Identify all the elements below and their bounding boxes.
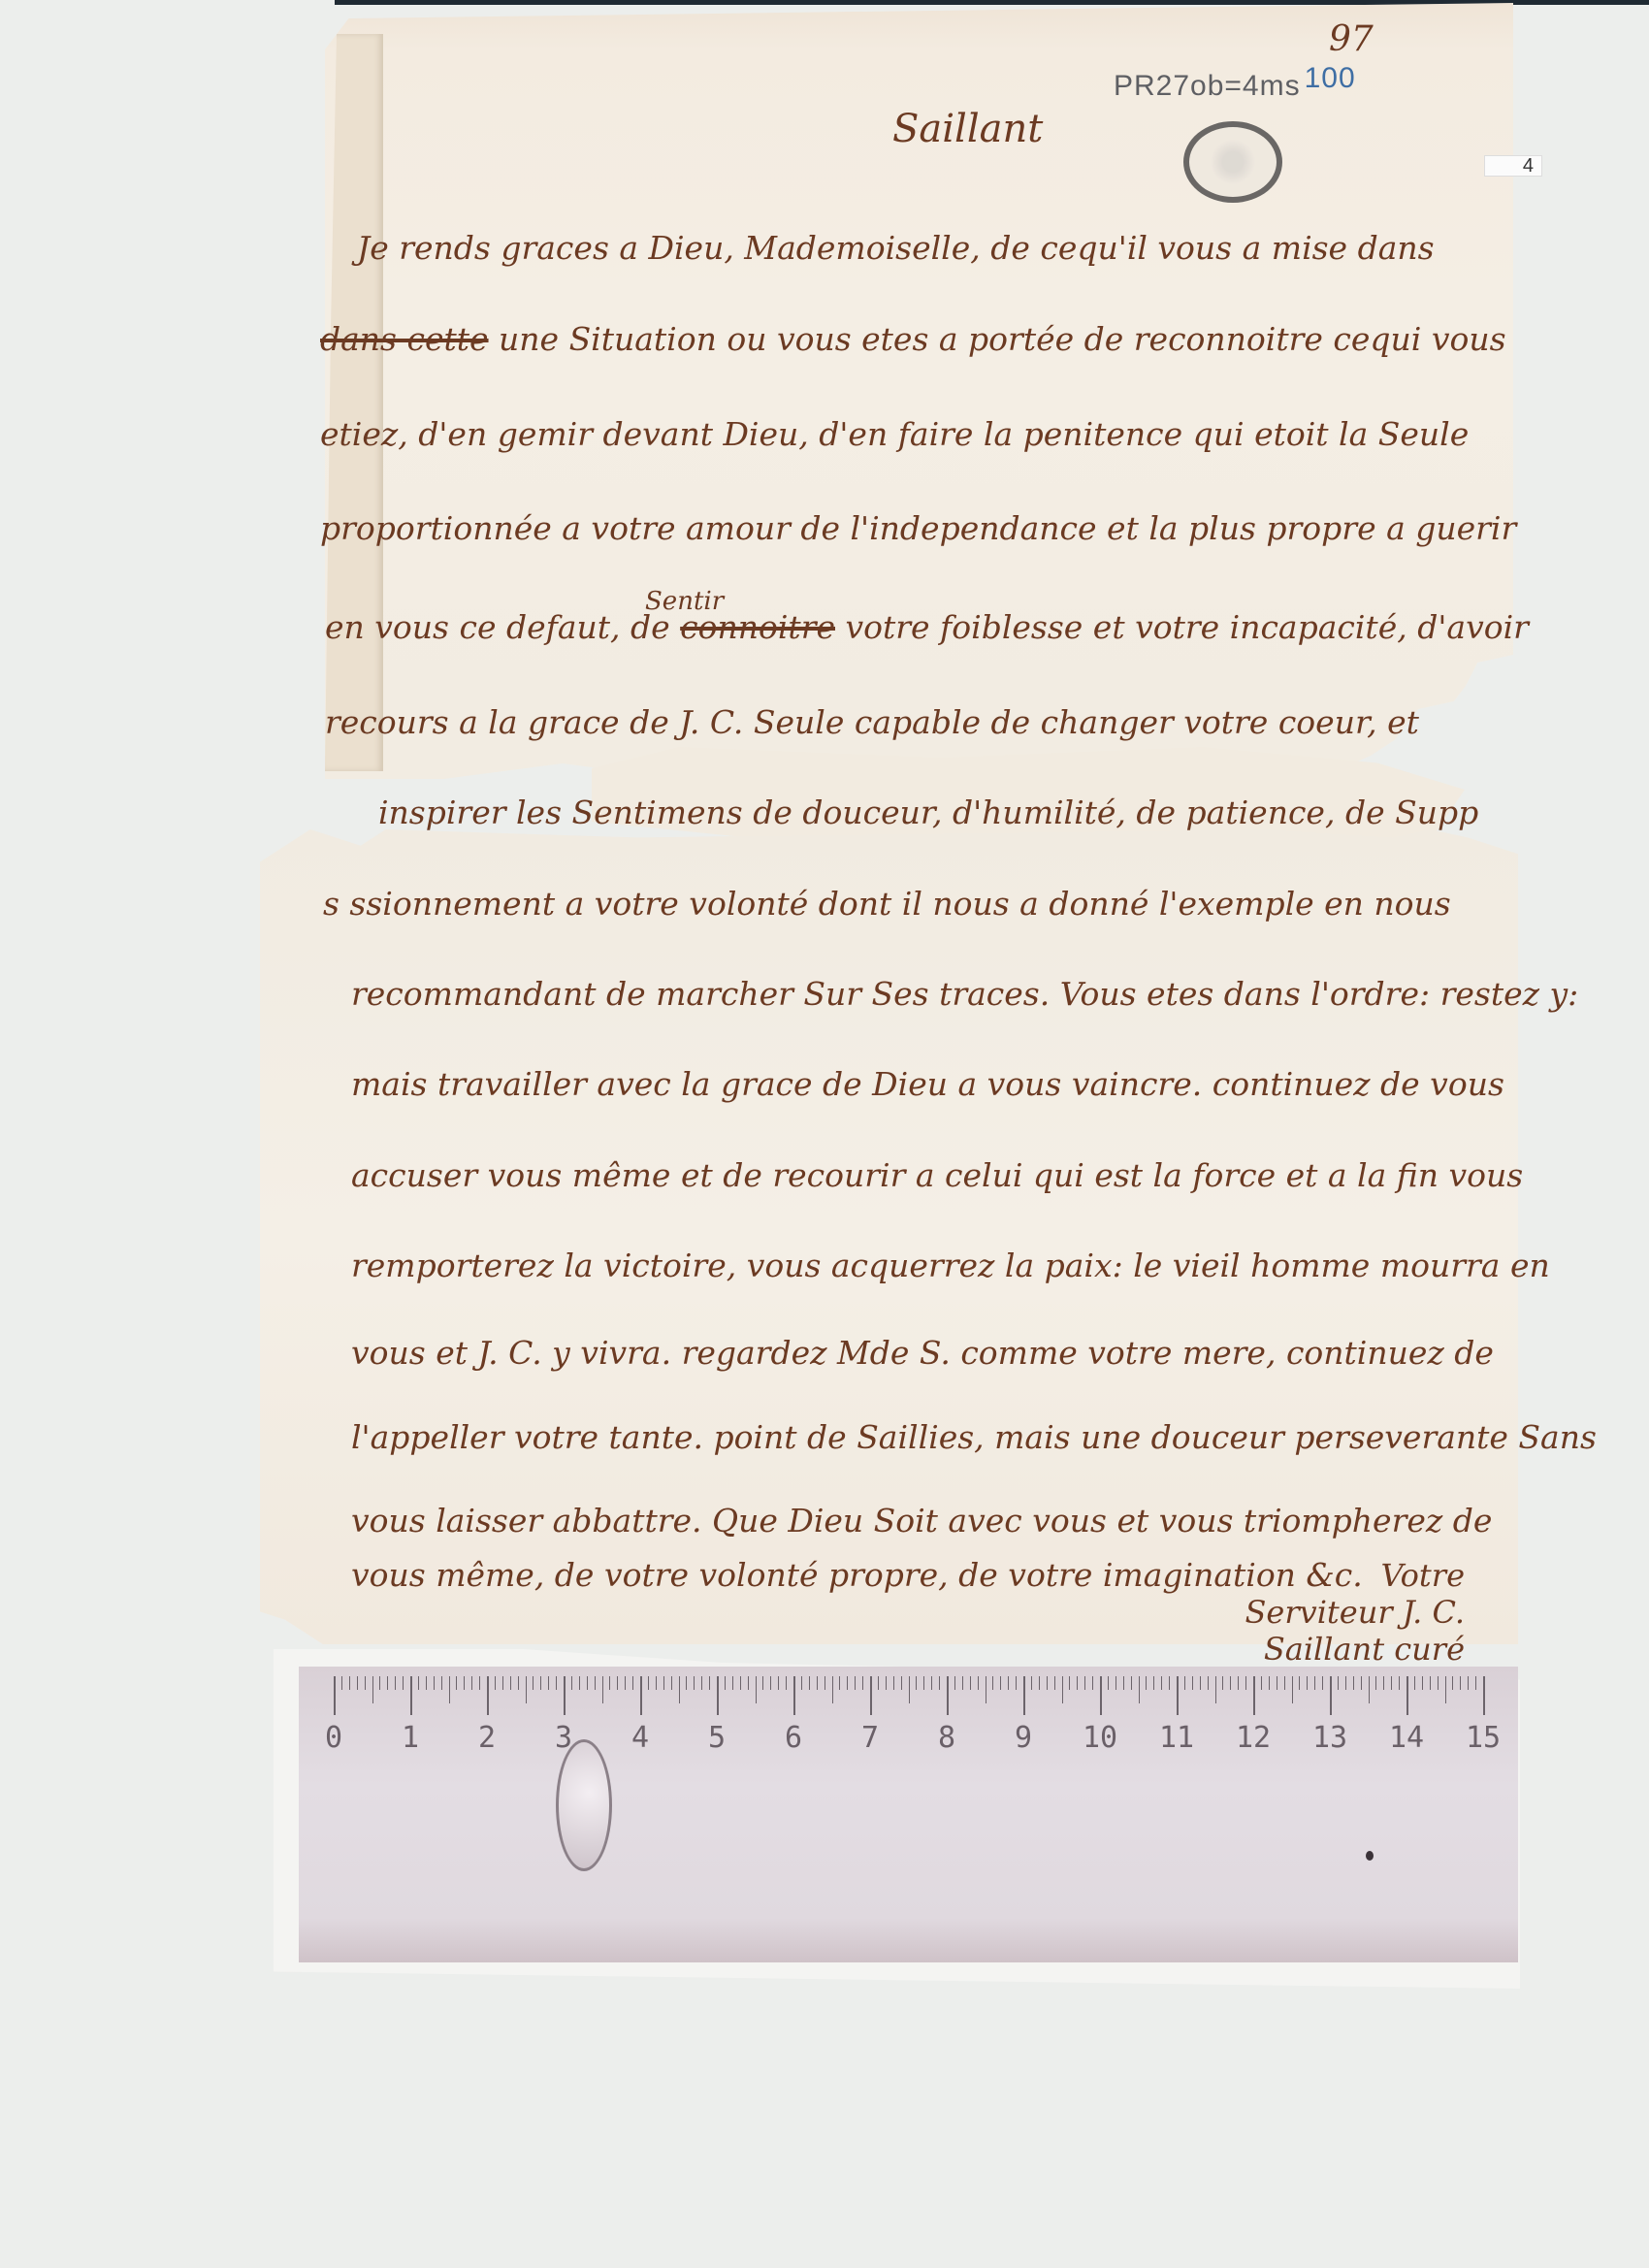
shelfmark: PR27ob=4ms100 xyxy=(1114,70,1356,103)
letter-line-9: recommandant de marcher Sur Ses traces. … xyxy=(351,975,1578,1014)
ruler-tick xyxy=(640,1676,642,1715)
ruler-tick xyxy=(403,1676,404,1690)
ruler-tick xyxy=(762,1676,763,1690)
ruler-tick xyxy=(540,1676,541,1690)
ruler-tick xyxy=(1430,1676,1431,1690)
ruler-tick xyxy=(1284,1676,1285,1690)
ruler-tick xyxy=(1269,1676,1270,1690)
ruler-mark xyxy=(1366,1851,1374,1861)
ruler-tick xyxy=(878,1676,879,1690)
ruler-tick xyxy=(1054,1676,1055,1690)
ruler-tick xyxy=(986,1676,986,1703)
ruler-tick xyxy=(1131,1676,1132,1690)
letter-line-10: mais travailler avec la grace de Dieu a … xyxy=(351,1065,1504,1104)
ruler-tick xyxy=(1069,1676,1070,1690)
signature-line-1: Votre Serviteur J. C. xyxy=(1232,1557,1465,1631)
ruler-tick xyxy=(962,1676,963,1690)
letter-line-8: s ssionnement a votre volonté dont il no… xyxy=(323,885,1451,923)
ruler-tick xyxy=(1414,1676,1415,1690)
ruler-tick xyxy=(1146,1676,1147,1690)
ruler-tick xyxy=(1039,1676,1040,1690)
ruler-tick xyxy=(587,1676,588,1690)
letter-line-4: proportionnée a votre amour de l'indepen… xyxy=(320,509,1516,548)
ruler-tick xyxy=(801,1676,802,1690)
ruler-tick xyxy=(1215,1676,1216,1703)
ruler-tick xyxy=(1422,1676,1423,1690)
ruler-label: 12 xyxy=(1236,1721,1271,1755)
margin-tab-number: 4 xyxy=(1484,155,1542,177)
letter-line-6: recours a la grace de J. C. Seule capabl… xyxy=(325,703,1419,742)
letter-line-2: dans cette une Situation ou vous etes a … xyxy=(320,320,1506,359)
ruler-tick xyxy=(456,1676,457,1690)
ruler-tick xyxy=(1253,1676,1255,1715)
ruler-tick xyxy=(694,1676,695,1690)
ruler-tick xyxy=(954,1676,955,1690)
ruler-label: 4 xyxy=(631,1721,649,1755)
ruler-tick xyxy=(1031,1676,1032,1690)
ruler-tick xyxy=(1383,1676,1384,1690)
ruler-tick xyxy=(1468,1676,1469,1690)
ruler-tick xyxy=(970,1676,971,1690)
ruler-tick xyxy=(1307,1676,1308,1690)
ruler-tick xyxy=(916,1676,917,1690)
ruler-tick xyxy=(395,1676,396,1690)
ruler-tick xyxy=(1208,1676,1209,1690)
ruler-tick xyxy=(1108,1676,1109,1690)
ruler-tick xyxy=(510,1676,511,1690)
ruler-tick xyxy=(1330,1676,1332,1715)
ruler-tick xyxy=(632,1676,633,1690)
ruler-tick xyxy=(609,1676,610,1690)
ruler-tick xyxy=(992,1676,993,1690)
ruler-tick xyxy=(1222,1676,1223,1690)
ruler-tick xyxy=(564,1676,566,1715)
ruler-tick xyxy=(1391,1676,1392,1690)
letter-line-3: etiez, d'en gemir devant Dieu, d'en fair… xyxy=(320,415,1469,454)
ruler-tick xyxy=(533,1676,533,1690)
ruler-tick xyxy=(579,1676,580,1690)
ruler-tick xyxy=(832,1676,833,1703)
ruler-tick xyxy=(1475,1676,1476,1690)
ruler-label: 6 xyxy=(785,1721,802,1755)
ruler-label: 10 xyxy=(1083,1721,1117,1755)
ruler-tick xyxy=(1353,1676,1354,1690)
ruler-tick xyxy=(1406,1676,1408,1715)
ruler-tick xyxy=(1139,1676,1140,1703)
ruler-tick xyxy=(809,1676,810,1690)
ruler-tick xyxy=(334,1676,336,1715)
ruler-tick xyxy=(862,1676,863,1690)
ruler-tick xyxy=(939,1676,940,1690)
ruler-tick xyxy=(793,1676,795,1715)
ruler-tick xyxy=(923,1676,924,1690)
ruler-tick xyxy=(1238,1676,1239,1690)
ruler-tick xyxy=(817,1676,818,1690)
letter-line-16: vous même, de votre volonté propre, de v… xyxy=(351,1556,1363,1595)
ruler-tick xyxy=(1192,1676,1193,1690)
ruler-tick xyxy=(725,1676,726,1690)
ruler-tick xyxy=(1123,1676,1124,1690)
ruler-tick xyxy=(571,1676,572,1690)
ruler-tick xyxy=(1184,1676,1185,1690)
ruler-tick xyxy=(349,1676,350,1690)
ruler-tick xyxy=(441,1676,442,1690)
ruler-tick xyxy=(686,1676,687,1690)
shelfmark-number: 100 xyxy=(1305,62,1356,94)
ruler-tick xyxy=(909,1676,910,1703)
ruler-tick xyxy=(518,1676,519,1690)
shelfmark-code: PR27ob=4ms xyxy=(1114,70,1301,102)
ruler-tick xyxy=(1023,1676,1025,1715)
ruler-tick xyxy=(1084,1676,1085,1690)
ruler-label: 5 xyxy=(708,1721,726,1755)
ruler-tick xyxy=(379,1676,380,1690)
ruler-tick xyxy=(495,1676,496,1690)
ruler-tick xyxy=(679,1676,680,1703)
ruler-tick xyxy=(901,1676,902,1690)
ruler-tick xyxy=(1277,1676,1277,1690)
ruler-label: 8 xyxy=(938,1721,955,1755)
author-heading: Saillant xyxy=(892,107,1043,151)
ruler-tick xyxy=(931,1676,932,1690)
signature: Votre Serviteur J. C. Saillant curé xyxy=(1232,1557,1465,1668)
ruler-label: 0 xyxy=(325,1721,342,1755)
ruler-tick xyxy=(1322,1676,1323,1690)
ruler-label: 9 xyxy=(1015,1721,1032,1755)
ruler-tick xyxy=(648,1676,649,1690)
ruler-tick xyxy=(1200,1676,1201,1690)
ruler-tick xyxy=(1008,1676,1009,1690)
ruler-tick xyxy=(1115,1676,1116,1690)
ruler-tick xyxy=(1062,1676,1063,1703)
ruler-tick xyxy=(341,1676,342,1690)
ruler-tick xyxy=(870,1676,872,1715)
ruler-tick xyxy=(839,1676,840,1690)
ruler-tick xyxy=(1460,1676,1461,1690)
ruler-tick xyxy=(1016,1676,1017,1690)
ruler-tick xyxy=(663,1676,664,1690)
measuring-ruler: 0123456789101112131415 xyxy=(299,1667,1518,1962)
ruler-tick xyxy=(1169,1676,1170,1690)
ruler-tick xyxy=(1345,1676,1346,1690)
ruler-tick xyxy=(886,1676,887,1690)
ruler-tick xyxy=(732,1676,733,1690)
ruler-tick xyxy=(556,1676,557,1690)
ruler-tick xyxy=(365,1676,366,1690)
ruler-tick xyxy=(978,1676,979,1690)
letter-line-13: vous et J. C. y vivra. regardez Mde S. c… xyxy=(351,1334,1494,1373)
ruler-tick xyxy=(778,1676,779,1690)
ruler-tick xyxy=(1314,1676,1315,1690)
ruler-tick xyxy=(487,1676,489,1715)
ruler-tick xyxy=(372,1676,373,1703)
ruler-label: 13 xyxy=(1312,1721,1347,1755)
ruler-tick xyxy=(410,1676,412,1715)
ruler-tick xyxy=(464,1676,465,1690)
ruler-tick xyxy=(756,1676,757,1703)
ruler-tick xyxy=(526,1676,527,1703)
ruler-tick xyxy=(1245,1676,1246,1690)
ruler-tick xyxy=(1375,1676,1376,1690)
ruler-tick xyxy=(1338,1676,1339,1690)
letter-line-5: en vous ce defaut, de connoitre votre fo… xyxy=(325,608,1529,647)
ruler-tick xyxy=(1445,1676,1446,1703)
ruler-hole-icon xyxy=(556,1739,612,1871)
ruler-label: 1 xyxy=(402,1721,419,1755)
ruler-tick xyxy=(1177,1676,1179,1715)
ruler-tick xyxy=(548,1676,549,1690)
ink-stamp-icon xyxy=(1183,121,1282,203)
ruler-label: 7 xyxy=(861,1721,879,1755)
ruler-tick xyxy=(479,1676,480,1690)
ruler-tick xyxy=(595,1676,596,1690)
ruler-tick xyxy=(1361,1676,1362,1690)
struck-text: connoitre xyxy=(680,608,835,646)
ruler-tick xyxy=(1399,1676,1400,1690)
ruler-tick xyxy=(1047,1676,1048,1690)
letter-line-15: vous laisser abbattre. Que Dieu Soit ave… xyxy=(351,1502,1492,1540)
ruler-tick xyxy=(748,1676,749,1690)
letter-line-1: Je rends graces a Dieu, Mademoiselle, de… xyxy=(357,229,1435,268)
ruler-tick xyxy=(1000,1676,1001,1690)
struck-text: dans cette xyxy=(320,320,489,358)
signature-line-2: Saillant curé xyxy=(1232,1631,1465,1668)
ruler-tick xyxy=(1483,1676,1485,1715)
ruler-tick xyxy=(471,1676,472,1690)
ruler-tick xyxy=(1261,1676,1262,1690)
ruler-tick xyxy=(709,1676,710,1690)
ruler-tick xyxy=(1369,1676,1370,1703)
ruler-tick xyxy=(418,1676,419,1690)
ruler-tick xyxy=(1452,1676,1453,1690)
letter-line-12: remporterez la victoire, vous acquerrez … xyxy=(351,1247,1550,1285)
ruler-tick xyxy=(786,1676,787,1690)
ruler-tick xyxy=(1092,1676,1093,1690)
ruler-tick xyxy=(1153,1676,1154,1690)
letter-line-14: l'appeller votre tante. point de Saillie… xyxy=(351,1418,1597,1457)
letter-line-7: inspirer les Sentimens de douceur, d'hum… xyxy=(378,794,1478,832)
ruler-tick xyxy=(717,1676,719,1715)
ruler-tick xyxy=(1161,1676,1162,1690)
ruler-tick xyxy=(701,1676,702,1690)
ruler-tick xyxy=(824,1676,825,1690)
ruler-tick xyxy=(387,1676,388,1690)
ruler-tick xyxy=(1299,1676,1300,1690)
ruler-label: 15 xyxy=(1466,1721,1501,1755)
ruler-tick xyxy=(847,1676,848,1690)
ruler-tick xyxy=(625,1676,626,1690)
ruler-tick xyxy=(617,1676,618,1690)
ruler-tick xyxy=(426,1676,427,1690)
ruler-tick xyxy=(1292,1676,1293,1703)
ruler-tick xyxy=(893,1676,894,1690)
ruler-tick xyxy=(1100,1676,1102,1715)
ruler-tick xyxy=(1438,1676,1439,1690)
ruler-tick xyxy=(671,1676,672,1690)
ruler-tick xyxy=(602,1676,603,1703)
ruler-tick xyxy=(1077,1676,1078,1690)
ruler-tick xyxy=(357,1676,358,1690)
ruler-tick xyxy=(656,1676,657,1690)
ruler-label: 2 xyxy=(478,1721,496,1755)
ruler-tick xyxy=(740,1676,741,1690)
ruler-tick xyxy=(449,1676,450,1703)
ruler-tick xyxy=(502,1676,503,1690)
ruler-scale: 0123456789101112131415 xyxy=(334,1676,1512,1734)
ruler-tick xyxy=(855,1676,856,1690)
ruler-label: 14 xyxy=(1389,1721,1424,1755)
folio-number: 97 xyxy=(1329,19,1374,59)
ruler-tick xyxy=(1230,1676,1231,1690)
ruler-tick xyxy=(770,1676,771,1690)
ruler-tick xyxy=(434,1676,435,1690)
letter-line-11: accuser vous même et de recourir a celui… xyxy=(351,1156,1523,1195)
ruler-tick xyxy=(947,1676,949,1715)
ruler-label: 11 xyxy=(1159,1721,1194,1755)
